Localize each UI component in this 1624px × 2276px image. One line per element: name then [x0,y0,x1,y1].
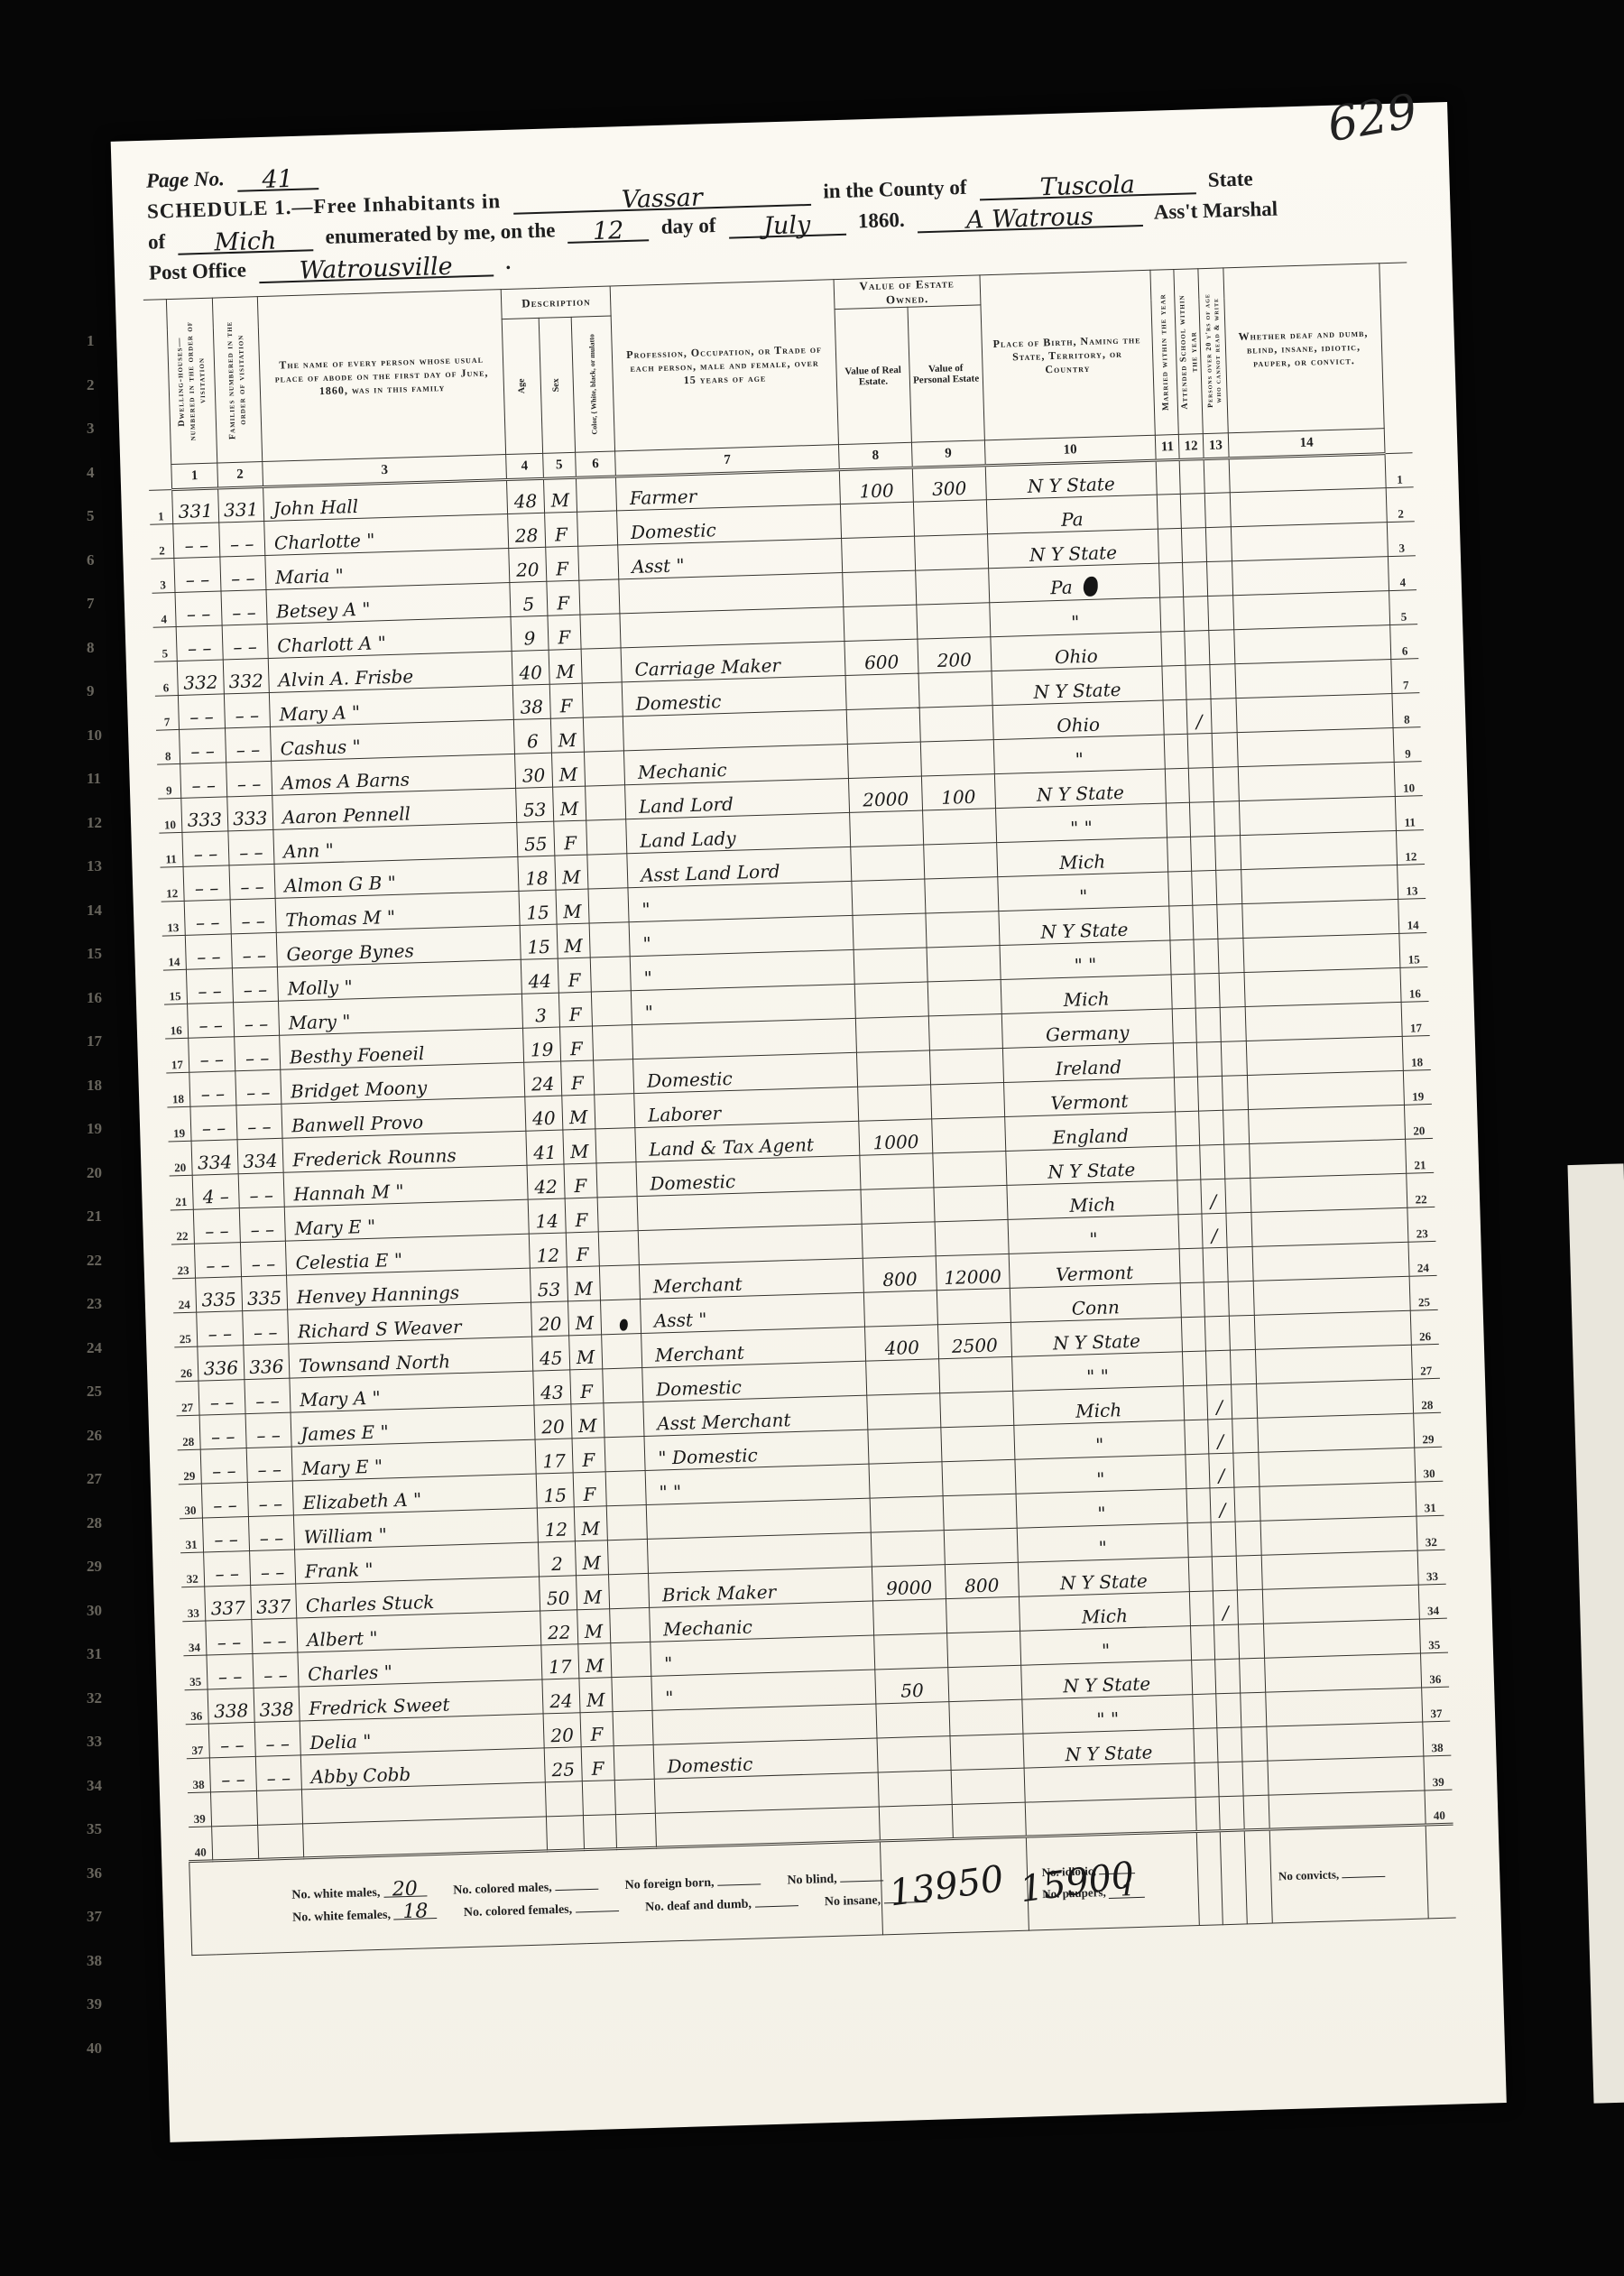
cannot-read-write [1208,630,1234,665]
value-real-estate [880,1805,954,1841]
line-number-left: 20 [168,1141,192,1176]
attended-school [1205,1316,1230,1351]
dwelling-number: – – [173,523,220,558]
birthplace: " " [1011,1352,1184,1392]
value-real-estate [850,810,924,847]
value-real-estate [852,879,926,915]
married-within-year [1171,974,1195,1009]
sex: F [565,1198,598,1233]
value-personal-estate [937,1288,1010,1324]
married-within-year [1189,1591,1213,1626]
color [588,888,629,923]
family-number: – – [231,932,278,967]
line-number-right: 32 [1416,1515,1444,1550]
attended-school [1189,767,1213,802]
dwelling-number: – – [198,1380,245,1415]
margin-artifact-number: 29 [87,1558,102,1576]
margin-artifact-number: 26 [87,1427,102,1445]
value-personal-estate [927,946,1001,982]
color [614,1744,654,1780]
line-number-left: 29 [177,1449,201,1485]
dwelling-number: – – [194,1208,241,1244]
line-number-left: 38 [186,1758,210,1793]
value-real-estate [873,1599,947,1635]
value-personal-estate [918,671,992,708]
family-number: – – [245,1378,291,1413]
sex: F [548,615,581,650]
col-num: 1 [171,463,217,489]
attended-school: / [1210,1487,1234,1522]
married-within-year [1194,1728,1218,1763]
dwelling-number: – – [179,694,226,729]
margin-artifact-number: 36 [87,1864,102,1883]
married-within-year [1156,459,1180,495]
value-real-estate [841,502,915,538]
dwelling-number [211,1790,258,1826]
age: 17 [535,1439,572,1474]
page-no-label: Page No. [146,167,226,192]
married-within-year [1177,1180,1202,1215]
cannot-read-write [1213,767,1239,802]
family-number: – – [254,1721,301,1756]
married-within-year [1167,802,1191,837]
dwelling-number: – – [197,1311,244,1346]
sex: M [554,855,587,890]
age: 15 [519,890,556,925]
value-real-estate [867,1393,941,1429]
post-office-label: Post Office [149,259,247,284]
birthplace: N Y State [1005,1146,1177,1186]
line-number-right: 39 [1424,1755,1452,1790]
cannot-read-write [1232,1452,1259,1487]
blind-value [840,1880,883,1882]
sex: M [552,786,586,821]
married-within-year [1168,871,1193,906]
married-within-year [1185,1420,1209,1455]
remarks [1255,1345,1412,1383]
married-within-year [1165,768,1189,803]
birthplace: England [1004,1112,1176,1152]
age: 40 [525,1096,562,1131]
birthplace: Mich [1012,1386,1185,1426]
value-real-estate [860,1153,934,1189]
married-within-year [1195,1763,1219,1798]
age [547,1816,584,1851]
line-number-left: 37 [185,1724,209,1759]
line-number-right: 20 [1405,1104,1433,1139]
birthplace: " [1020,1626,1192,1666]
line-number-right: 18 [1402,1035,1430,1070]
color [595,1128,636,1163]
line-number-left: 40 [189,1827,213,1862]
month-value: July [728,216,846,239]
estate-totals: 13950 15900 [881,1837,1029,1935]
margin-artifact-number: 6 [87,551,95,569]
sex: F [559,1026,593,1061]
family-number: – – [249,1550,296,1585]
value-real-estate [868,1428,942,1464]
line-number-left: 24 [172,1278,197,1313]
margin-artifact-number: 12 [87,814,102,832]
attended-school [1200,1144,1224,1180]
margin-artifact-number: 11 [87,770,101,788]
summary-left: No. white males, 20 No. colored males, N… [189,1841,883,1956]
cannot-read-write [1243,1795,1269,1830]
line-number-left: 34 [182,1621,207,1656]
cannot-read-write [1229,1315,1255,1350]
col-header-color: Color, { White, black, or mulatto [571,316,615,452]
family-number: – – [240,1241,287,1276]
line-number-left: 13 [161,901,185,936]
town-value: Vassar [513,186,812,215]
color [614,1779,655,1814]
line-number-right: 14 [1398,899,1426,934]
sex: M [549,649,582,684]
cannot-read-write [1211,699,1237,734]
cannot-read-write [1235,1521,1261,1556]
value-personal-estate [948,1665,1022,1701]
age: 41 [526,1130,563,1165]
birthplace: " [1013,1420,1186,1460]
line-number-right: 22 [1407,1172,1435,1207]
value-personal-estate [914,534,988,570]
attended-school [1182,528,1206,563]
married-within-year [1170,939,1195,975]
family-number: 333 [226,795,273,830]
attended-school [1195,1007,1220,1042]
value-personal-estate [913,500,987,536]
line-number-right: 33 [1417,1550,1445,1585]
sex: M [550,717,584,753]
color [584,751,624,786]
line-number-right: 30 [1415,1447,1443,1482]
family-number: – – [245,1412,292,1448]
dwelling-number: 336 [198,1346,245,1381]
margin-artifact-number: 16 [87,989,102,1007]
dwelling-number: – – [188,1003,235,1038]
birthplace: " [993,735,1166,774]
value-personal-estate [919,706,993,742]
value-real-estate [862,1222,936,1258]
value-real-estate: 2000 [849,776,923,812]
line-number-right: 27 [1411,1344,1439,1379]
value-personal-estate [927,980,1001,1016]
remarks [1269,1790,1426,1829]
attended-school: / [1186,699,1211,735]
age: 15 [536,1473,573,1508]
col-num: 6 [575,451,615,477]
value-personal-estate: 100 [921,774,995,810]
value-real-estate [876,1702,950,1738]
post-office-value: Watrousville [258,256,494,283]
attended-school [1216,1693,1241,1728]
value-real-estate [861,1188,935,1224]
margin-artifact-number: 8 [87,639,95,657]
color [597,1197,638,1232]
age: 30 [515,753,552,788]
cannot-read-write [1217,939,1243,974]
sex: F [580,1712,614,1747]
remarks [1254,1310,1411,1349]
remarks [1251,1207,1408,1246]
line-number-left: 35 [183,1655,208,1690]
col-header-dwelling: Dwelling-houses—numbered in the order of… [167,298,217,464]
birthplace: N Y State [1018,1558,1190,1597]
dwelling-number: – – [204,1551,251,1587]
state-label: State [1207,167,1253,190]
dwelling-number: 4 – [192,1174,239,1209]
insane-label: No insane, [825,1893,881,1909]
age: 24 [524,1061,561,1096]
birthplace: N Y State [1010,1318,1183,1357]
col-header-real-estate: Value of Real Estate. [835,307,911,444]
remarks [1240,830,1397,869]
cannot-read-write [1240,1692,1266,1727]
birthplace: Vermont [1003,1078,1176,1117]
col-num: 5 [542,452,576,478]
birthplace: N Y State [992,666,1164,706]
married-within-year [1160,597,1185,632]
age: 28 [508,513,545,548]
birthplace [1025,1798,1197,1837]
cannot-read-write [1225,1212,1251,1247]
family-number: – – [235,1069,281,1105]
margin-artifact-number: 1 [87,332,95,350]
line-number-right: 28 [1413,1378,1441,1413]
blind-label: No blind, [787,1872,837,1887]
line-number-right: 38 [1423,1721,1451,1756]
attended-school [1187,734,1212,769]
dwelling-number: – – [182,831,229,866]
dwelling-number: – – [208,1722,255,1757]
attended-school [1218,1762,1242,1797]
cannot-read-write [1209,664,1235,699]
margin-artifact-number: 35 [87,1820,102,1838]
convicts-cell: No convicts, [1269,1825,1428,1923]
value-personal-estate [932,1116,1006,1152]
page-no-value: 41 [236,170,318,192]
sex: F [566,1232,599,1267]
family-number: 334 [237,1138,284,1173]
col-header-family: Families numbered in the order of visita… [212,297,263,463]
col-title: Attended School within the year [1176,285,1202,418]
married-within-year [1175,1077,1199,1112]
family-number: – – [247,1481,294,1516]
dwelling-number: – – [210,1756,257,1791]
margin-artifact-number: 4 [87,464,95,482]
age: 2 [539,1541,576,1577]
color [578,545,619,580]
col-num: 2 [217,462,263,488]
col-header-personal-estate: Value of Personal Estate [908,305,984,442]
dwelling-number [212,1825,259,1860]
color [587,854,628,889]
value-real-estate [878,1771,952,1807]
value-real-estate [858,1085,932,1121]
margin-artifact-number: 32 [87,1689,102,1707]
line-number-right: 16 [1400,967,1428,1003]
value-personal-estate [917,603,991,639]
remarks [1264,1653,1421,1692]
census-table: Dwelling-houses—numbered in the order of… [143,262,1456,1956]
colored-males-label: No. colored males, [453,1881,552,1897]
value-personal-estate [951,1768,1025,1804]
remarks [1236,694,1393,733]
value-personal-estate [944,1528,1018,1564]
birthplace: N Y State [994,769,1167,809]
birthplace: " " [1000,940,1172,980]
col-title: Married within the year [1158,293,1172,411]
form-header: Page No. 41 SCHEDULE 1.—Free Inhabitants… [146,132,1425,287]
line-number-right: 5 [1389,590,1417,625]
marshal-title: Ass't Marshal [1153,198,1278,224]
value-real-estate [842,536,916,572]
dwelling-number: – – [187,968,234,1004]
attended-school [1179,459,1204,495]
age: 3 [522,993,559,1028]
married-within-year [1161,631,1186,666]
value-personal-estate [924,843,998,879]
value-real-estate: 100 [840,467,914,504]
attended-school [1214,1624,1239,1660]
value-personal-estate [935,1219,1009,1255]
table-header: Dwelling-houses—numbered in the order of… [143,263,1412,490]
birthplace: Mich [1006,1180,1178,1220]
line-number-left: 31 [179,1518,203,1553]
line-number-right: 23 [1407,1207,1435,1242]
foreign-born-value [717,1883,761,1885]
margin-artifact-number: 27 [87,1470,102,1488]
margin-artifact-number: 31 [87,1645,102,1663]
color [595,1094,635,1129]
married-within-year [1184,1385,1208,1420]
value-real-estate [845,673,919,709]
dwelling-number: – – [207,1653,254,1688]
col-num: 11 [1155,434,1179,460]
group-header-estate: Value of Estate Owned. [834,275,980,310]
line-number-left: 28 [176,1415,200,1450]
value-real-estate [843,570,917,606]
dwelling-number: – – [203,1517,250,1552]
age: 42 [527,1164,564,1199]
ink-blot [1084,577,1099,597]
remarks [1232,591,1389,630]
margin-artifact-number: 39 [87,1995,102,2013]
margin-artifact-number: 33 [87,1733,102,1751]
remarks [1249,1139,1406,1178]
cannot-read-write [1216,904,1242,939]
col-title: Age [517,378,528,393]
birthplace: N Y State [998,906,1170,946]
color [612,1676,652,1711]
corner-right [1379,263,1413,454]
married-within-year [1195,1797,1220,1832]
family-number: – – [238,1172,285,1207]
remarks [1265,1688,1422,1726]
margin-artifact-number: 24 [87,1339,102,1357]
value-real-estate [877,1736,951,1772]
married-within-year [1173,1042,1197,1078]
family-number: 335 [241,1275,288,1310]
margin-artifact-number: 22 [87,1252,102,1270]
remarks [1245,1002,1402,1041]
family-number: – – [232,967,279,1002]
sex [582,1781,615,1816]
value-personal-estate [949,1699,1023,1735]
line-number-right: 19 [1403,1069,1431,1105]
cannot-read-write [1227,1246,1253,1281]
white-males-label: No. white males, [291,1885,380,1901]
dwelling-number: – – [180,728,226,763]
family-number: – – [226,761,272,796]
sex: M [578,1678,612,1713]
family-number: – – [229,864,276,899]
married-within-year [1178,1214,1203,1249]
attended-school [1183,562,1207,597]
dwelling-number: 337 [205,1586,252,1621]
value-real-estate [854,982,928,1018]
group-header-description: Description [501,286,611,319]
attended-school [1195,973,1219,1008]
remarks [1261,1550,1418,1589]
line-number-left: 2 [150,524,174,560]
remarks [1250,1173,1407,1212]
birthplace: Mich [1019,1592,1191,1632]
margin-artifact-number: 40 [87,2040,102,2058]
attended-school [1198,1076,1223,1111]
remarks [1235,660,1392,699]
cannot-read-write [1237,1589,1263,1624]
census-sheet: 629 Page No. 41 SCHEDULE 1.—Free Inhabit… [111,102,1507,2142]
sex: M [568,1335,602,1370]
family-number: – – [242,1309,289,1345]
attended-school [1197,1041,1222,1077]
attended-school [1181,494,1205,529]
remarks [1262,1585,1419,1624]
married-within-year [1186,1488,1211,1523]
attended-school: / [1202,1213,1226,1248]
dwelling-number: – – [183,865,230,901]
period: . [505,251,511,273]
line-number-right: 34 [1418,1584,1446,1619]
attended-school [1204,1281,1229,1317]
cannot-read-write [1238,1624,1264,1659]
remarks [1233,625,1390,664]
family-number [256,1790,303,1825]
value-real-estate: 600 [844,639,918,675]
margin-artifact-number: 5 [87,507,95,525]
dwelling-number: – – [199,1414,246,1449]
line-number-right: 3 [1387,522,1415,557]
real-estate-total: 13950 [887,1858,1006,1915]
margin-artifact-number: 2 [87,376,95,394]
col-header-sex: Sex [539,317,576,453]
cannot-read-write [1231,1383,1257,1419]
value-real-estate [854,948,927,984]
remarks [1239,796,1396,835]
dwelling-number: – – [174,557,221,592]
census-table-body: 1331331John Hall48MFarmer100300N Y State… [149,453,1453,1862]
line-number-left: 5 [152,626,177,662]
col-header-school: Attended School within the year [1174,269,1203,435]
line-number-left: 8 [156,729,180,764]
cannot-read-write [1222,1075,1248,1110]
margin-artifact-number: 15 [87,945,102,963]
year-label: 1860. [858,208,905,233]
attended-school [1193,904,1217,939]
line-number-right: 6 [1390,625,1418,660]
sex: M [567,1300,601,1336]
